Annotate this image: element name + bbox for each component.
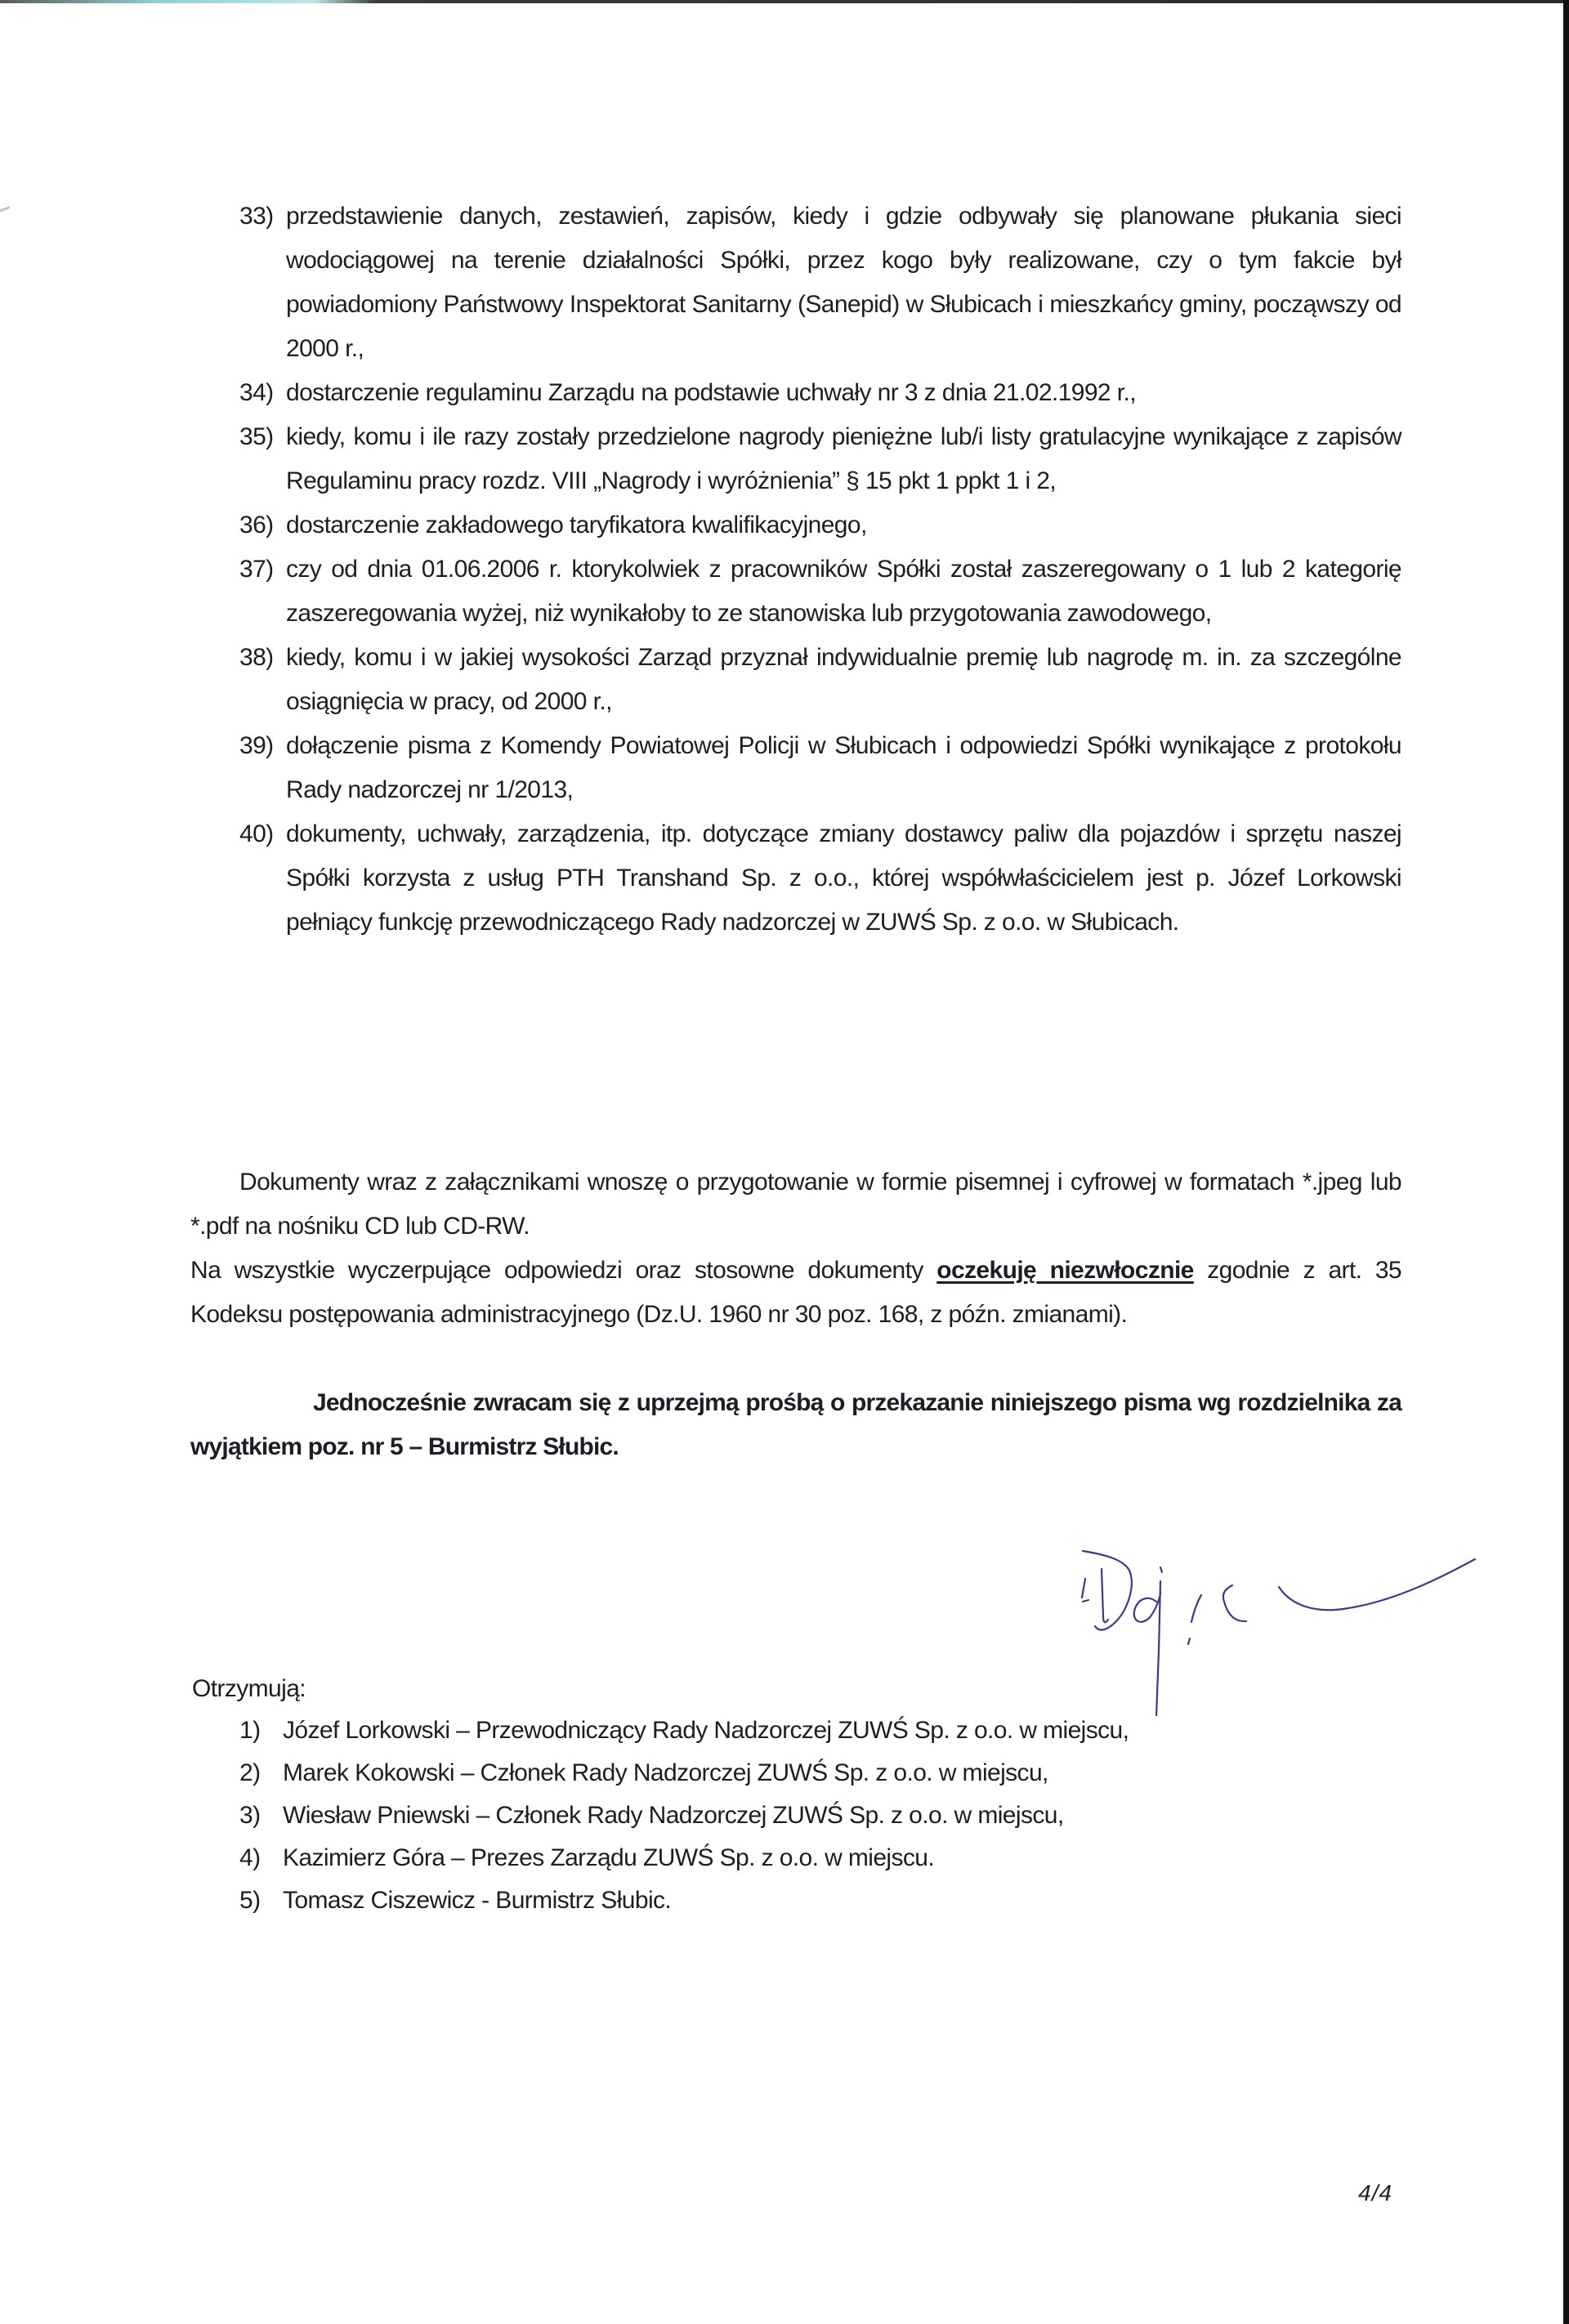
expect-response-paragraph: Na wszystkie wyczerpujące odpowiedzi ora… (190, 1249, 1401, 1337)
recipient-item: 4) Kazimierz Góra – Prezes Zarządu ZUWŚ … (239, 1837, 1129, 1879)
recipient-number: 3) (239, 1794, 260, 1837)
item-text: dokumenty, uchwały, zarządzenia, itp. do… (286, 820, 1401, 936)
request-item-38: 38) kiedy, komu i w jakiej wysokości Zar… (239, 636, 1401, 724)
request-item-40: 40) dokumenty, uchwały, zarządzenia, itp… (239, 812, 1401, 945)
request-item-36: 36) dostarczenie zakładowego taryfikator… (239, 503, 1401, 547)
recipient-item: 2) Marek Kokowski – Członek Rady Nadzorc… (239, 1752, 1129, 1794)
recipient-text: Józef Lorkowski – Przewodniczący Rady Na… (283, 1717, 1129, 1744)
recipient-item: 1) Józef Lorkowski – Przewodniczący Rady… (239, 1709, 1129, 1752)
documents-format-paragraph: Dokumenty wraz z załącznikami wnoszę o p… (190, 1160, 1401, 1249)
item-number: 37) (239, 547, 274, 592)
item-text: dostarczenie regulaminu Zarządu na podst… (286, 379, 1136, 406)
item-number: 39) (239, 724, 274, 768)
request-item-39: 39) dołączenie pisma z Komendy Powiatowe… (239, 724, 1401, 812)
item-text: przedstawienie danych, zestawień, zapisó… (286, 203, 1401, 362)
item-number: 34) (239, 371, 274, 415)
forward-request-paragraph: Jednocześnie zwracam się z uprzejmą proś… (190, 1381, 1401, 1469)
page-number: 4/4 (1358, 2180, 1392, 2206)
recipient-text: Marek Kokowski – Członek Rady Nadzorczej… (283, 1759, 1048, 1786)
recipient-number: 2) (239, 1752, 260, 1794)
recipient-number: 4) (239, 1837, 260, 1879)
item-number: 36) (239, 503, 274, 547)
item-number: 38) (239, 636, 274, 680)
request-item-37: 37) czy od dnia 01.06.2006 r. ktorykolwi… (239, 547, 1401, 636)
recipient-text: Wiesław Pniewski – Członek Rady Nadzorcz… (283, 1802, 1064, 1829)
item-text: dołączenie pisma z Komendy Powiatowej Po… (286, 732, 1401, 803)
handwritten-signature (1079, 1520, 1504, 1716)
recipient-number: 1) (239, 1709, 260, 1752)
request-item-33: 33) przedstawienie danych, zestawień, za… (239, 194, 1401, 371)
item-number: 40) (239, 812, 274, 856)
item-number: 33) (239, 194, 274, 239)
item-number: 35) (239, 415, 274, 459)
item-text: kiedy, komu i ile razy zostały przedziel… (286, 423, 1401, 494)
request-item-34: 34) dostarczenie regulaminu Zarządu na p… (239, 371, 1401, 415)
request-list: 33) przedstawienie danych, zestawień, za… (239, 194, 1401, 945)
recipient-item: 3) Wiesław Pniewski – Członek Rady Nadzo… (239, 1794, 1129, 1837)
item-text: dostarczenie zakładowego taryfikatora kw… (286, 512, 867, 539)
item-text: kiedy, komu i w jakiej wysokości Zarząd … (286, 644, 1401, 715)
recipient-number: 5) (239, 1879, 260, 1922)
request-item-35: 35) kiedy, komu i ile razy zostały przed… (239, 415, 1401, 503)
recipient-text: Kazimierz Góra – Prezes Zarządu ZUWŚ Sp.… (283, 1844, 934, 1871)
recipient-item: 5) Tomasz Ciszewicz - Burmistrz Słubic. (239, 1879, 1129, 1922)
recipient-text: Tomasz Ciszewicz - Burmistrz Słubic. (283, 1887, 671, 1914)
expect-emphasis: oczekuję niezwłocznie (936, 1257, 1194, 1284)
recipients-label: Otrzymują: (192, 1667, 306, 1711)
document-page: 33) przedstawienie danych, zestawień, za… (0, 0, 1569, 2324)
expect-text-before: Na wszystkie wyczerpujące odpowiedzi ora… (190, 1257, 936, 1284)
item-text: czy od dnia 01.06.2006 r. ktorykolwiek z… (286, 556, 1401, 627)
recipients-list: 1) Józef Lorkowski – Przewodniczący Rady… (239, 1709, 1129, 1922)
